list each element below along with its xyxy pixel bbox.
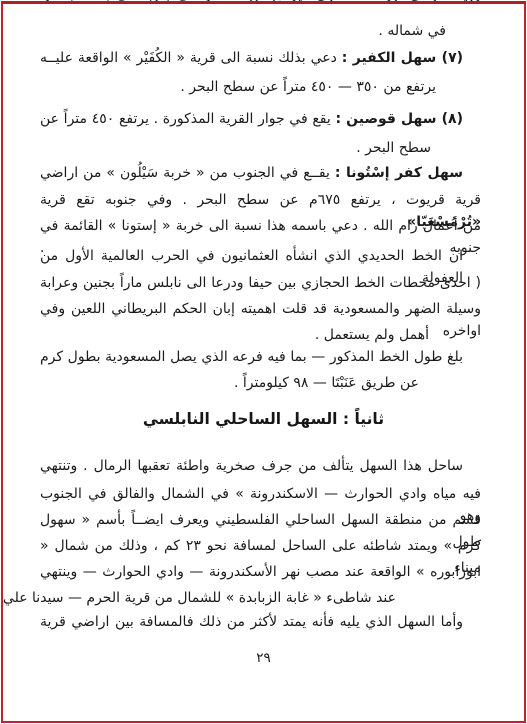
- paragraph-lead: سهل كفر إسْتُونا :: [335, 165, 463, 181]
- line-text: ساحل هذا السهل يتألف من جرف صخرية واطئة …: [40, 458, 463, 474]
- text-line: بلغ طول الخط المذكور — بما فيه فرعه الذي…: [40, 346, 481, 368]
- book-page: رؤية « وادي دوره » الشتوي . يرتفع من ٥٠ …: [0, 0, 527, 724]
- text-line: سهل كفر إسْتُونا : يقــع في الجنوب من « …: [40, 162, 481, 184]
- text-line: ساحل هذا السهل يتألف من جرف صخرية واطئة …: [40, 455, 481, 477]
- text-line: عن طريق عَنَبْتَا — ٩٨ كيلومتراً .: [40, 372, 481, 394]
- text-line: ( احدى محطات الخط الحجازي بين حيفا ودرعا…: [40, 272, 481, 294]
- line-text: وأما السهل الذي يليه فأنه يمتد لأكثر من …: [40, 614, 463, 630]
- line-text: يرتفع من ٣٥٠ — ٤٥٠ متراً عن سطح البحر .: [180, 79, 436, 95]
- line-text: سطح البحر .: [356, 140, 431, 156]
- text-line: يرتفع من ٣٥٠ — ٤٥٠ متراً عن سطح البحر .: [40, 76, 481, 98]
- page-number: ٢٩: [0, 650, 527, 666]
- line-text: في شماله .: [378, 23, 446, 39]
- line-text: دعي بذلك نسبة الى قرية « الكُفَيْر » الو…: [40, 50, 342, 66]
- line-text: يقع في جوار القرية المذكورة . يرتفع ٤٥٠ …: [40, 111, 335, 127]
- text-line: سطح البحر .: [40, 137, 481, 159]
- line-text: يقــع في الجنوب من « خربة سَيْلُون » من …: [40, 165, 335, 181]
- text-line: (٧) سهل الكفير : دعي بذلك نسبة الى قرية …: [40, 47, 481, 69]
- line-text: ( احدى محطات الخط الحجازي بين حيفا ودرعا…: [40, 275, 481, 291]
- line-text: بلغ طول الخط المذكور — بما فيه فرعه الذي…: [40, 349, 463, 365]
- text-line: وأما السهل الذي يليه فأنه يمتد لأكثر من …: [40, 611, 481, 633]
- text-line: ابوزابوره » الواقعة عند مصب نهر الأسكندر…: [40, 561, 481, 583]
- text-line: أهمل ولم يستعمل .: [40, 324, 481, 346]
- line-text: قرية قريوت ، يرتفع ٦٧٥م عن سطح البحر . و…: [40, 192, 481, 208]
- paragraph-lead: (٨) سهل قوصين :: [335, 111, 463, 127]
- text-line: عند شاطىء « غابة الزبابدة » للشمال من قر…: [40, 587, 481, 609]
- text-line: في شماله .: [40, 20, 481, 42]
- line-text: أهمل ولم يستعمل .: [315, 327, 429, 343]
- line-text: رؤية « وادي دوره » الشتوي . يرتفع من ٥٠ …: [40, 0, 481, 3]
- paragraph-lead: (٧) سهل الكفير :: [342, 50, 463, 66]
- line-text: ابوزابوره » الواقعة عند مصب نهر الأسكندر…: [40, 564, 481, 580]
- line-text: عن طريق عَنَبْتَا — ٩٨ كيلومتراً .: [234, 375, 419, 391]
- section-heading: ثانياً : السهل الساحلي النابلسي: [40, 410, 487, 428]
- text-line-cut-off: رؤية « وادي دوره » الشتوي . يرتفع من ٥٠ …: [40, 0, 481, 6]
- line-text: عند شاطىء « غابة الزبابدة » للشمال من قر…: [0, 590, 396, 606]
- text-line: (٨) سهل قوصين : يقع في جوار القرية المذك…: [40, 108, 481, 130]
